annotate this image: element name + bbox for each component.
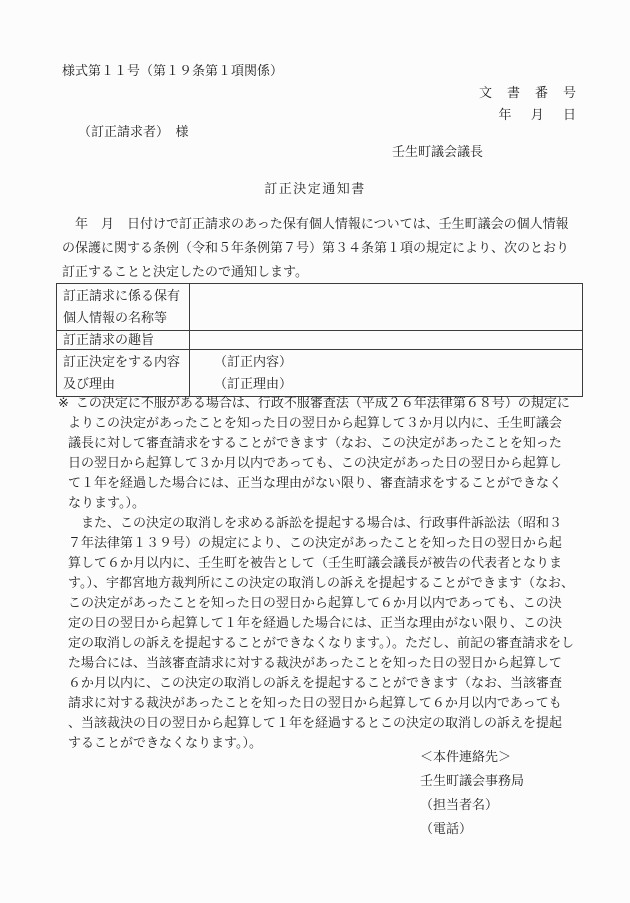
form-number: 様式第１１号（第１９条第１項関係） xyxy=(62,63,283,79)
table-value-decision-content: （訂正内容） （訂正理由） xyxy=(190,350,583,397)
table-label-request-purpose: 訂正請求の趣旨 xyxy=(57,331,190,350)
table-row: 訂正請求の趣旨 xyxy=(57,331,583,350)
contact-person-placeholder: （担当者名） xyxy=(420,793,524,817)
contact-phone-placeholder: （電話） xyxy=(420,817,524,841)
document-number-line: 文 書 番 号 xyxy=(479,85,577,101)
note-paragraph-lawsuit: また、この決定の取消しを求める訴訟を提起する場合は、行政事件訴訟法（昭和３７年法… xyxy=(58,513,574,753)
correction-reason-placeholder: （訂正理由） xyxy=(214,373,578,395)
table-label-decision-content: 訂正決定をする内容及び理由 xyxy=(57,350,190,397)
correction-table: 訂正請求に係る保有個人情報の名称等 訂正請求の趣旨 訂正決定をする内容及び理由 … xyxy=(56,283,583,397)
document-title: 訂正決定通知書 xyxy=(0,178,630,197)
note-paragraph-appeal: ※この決定に不服がある場合は、行政不服審査法（平成２６年法律第６８号）の規定によ… xyxy=(58,393,574,513)
correction-content-placeholder: （訂正内容） xyxy=(214,351,578,373)
sender-line: 壬生町議会議長 xyxy=(392,144,483,160)
table-value-request-purpose xyxy=(190,331,583,350)
date-line: 年 月 日 xyxy=(498,107,577,123)
notes-section: ※この決定に不服がある場合は、行政不服審査法（平成２６年法律第６８号）の規定によ… xyxy=(58,393,574,753)
table-label-held-info-name: 訂正請求に係る保有個人情報の名称等 xyxy=(57,284,190,331)
correction-decision-notice-document: 様式第１１号（第１９条第１項関係） 文 書 番 号 年 月 日 （訂正請求者） … xyxy=(0,0,630,903)
table-row: 訂正決定をする内容及び理由 （訂正内容） （訂正理由） xyxy=(57,350,583,397)
contact-office: 壬生町議会事務局 xyxy=(420,769,524,793)
addressee-line: （訂正請求者） 様 xyxy=(78,124,189,140)
note-marker: ※ xyxy=(58,395,69,410)
contact-block: ＜本件連絡先＞ 壬生町議会事務局 （担当者名） （電話） xyxy=(420,745,524,841)
table-row: 訂正請求に係る保有個人情報の名称等 xyxy=(57,284,583,331)
intro-paragraph: 年 月 日付けで訂正請求のあった保有個人情報については、壬生町議会の個人情報の保… xyxy=(62,212,570,284)
contact-heading: ＜本件連絡先＞ xyxy=(420,745,524,769)
note-appeal-text: この決定に不服がある場合は、行政不服審査法（平成２６年法律第６８号）の規定により… xyxy=(68,395,570,510)
table-value-held-info-name xyxy=(190,284,583,331)
